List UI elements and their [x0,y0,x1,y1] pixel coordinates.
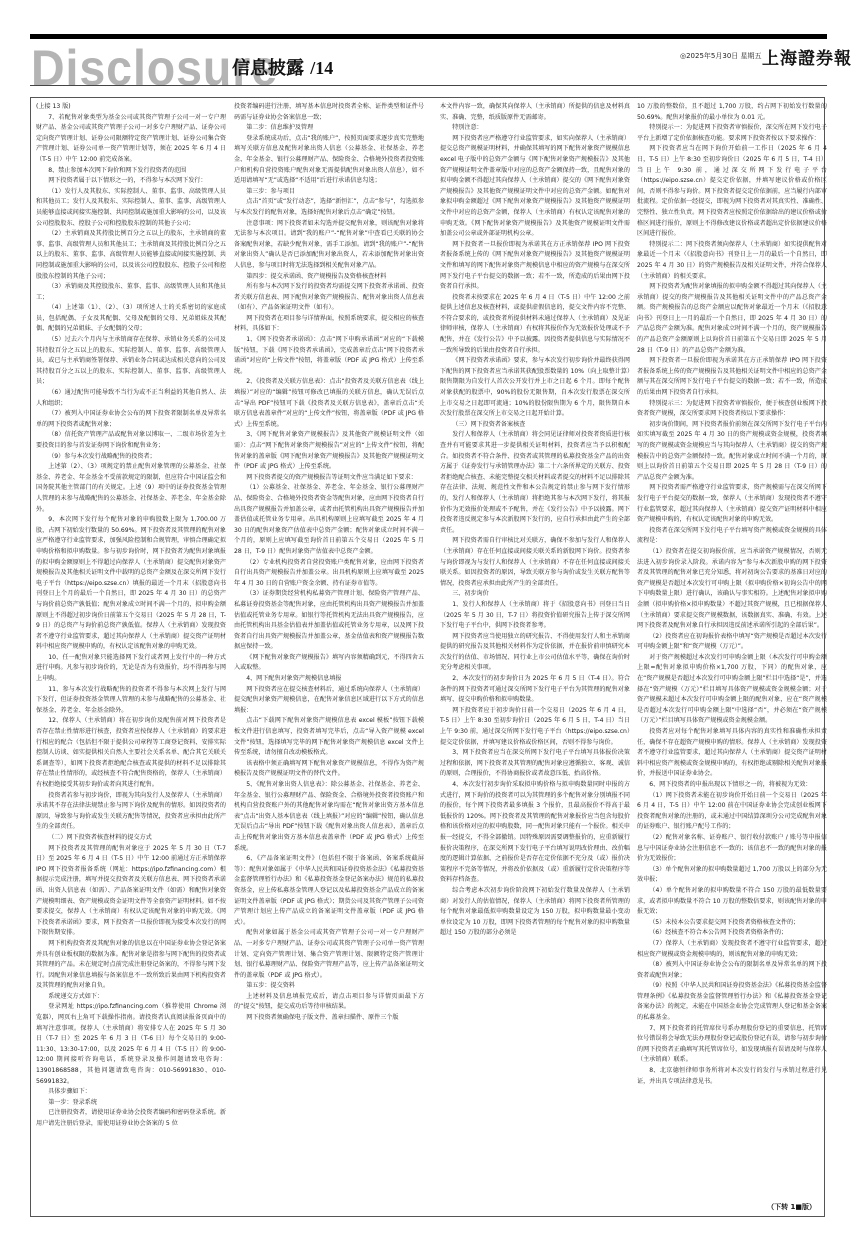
article-paragraph: 上述第（2）、（3）项规定的禁止配售对象管理的公募基金、社保基金、养老金、年金基… [36,462,226,515]
continued-on-note: （下转 1■版） [767,1202,816,1212]
column-3: 本文件内容一致，确保其向保荐人（主承销商）所提供的信息及材料真实、准确、完整，纸… [440,102,630,1210]
article-paragraph: 所有参与本次网下发行的投资者均需提交网下投资者承诺函、投资者关联方信息表、网下配… [234,282,424,314]
publication-date: ◎2025年5月30日 星期五 [680,51,762,61]
article-paragraph: 网下投资者属于以下情形之一的，不得参与本次网下发行： [36,176,226,187]
article-paragraph: 6、网下投资者的申报出现以下情形之一的，将被视为无效： [637,780,827,791]
article-paragraph: 具体步骤如下： [36,1087,226,1098]
article-paragraph: 2、《投资者及关联方信息表》：点击“投资者及关联方信息表（线上填报）”对应的“编… [234,377,424,430]
article-paragraph: 第五步：提交资料 [234,981,424,992]
article-paragraph: （3）证券期货经营机构私募资产管理计划、保险资产管理产品、私募证券投资基金等配售… [234,589,424,653]
article-paragraph: （4）单个配售对象的拟申购数量不符合 150 万股的最低数量要求，或者拟申购数量… [637,886,827,918]
article-paragraph: 登录系统成功后，点击“我的账户”，按照页面要求逐步真实完整地填写关联方信息及配售… [234,134,424,187]
article-paragraph: 投资者未按要求在 2025 年 6 月 4 日（T-5 日）中午 12:00 之… [440,293,630,357]
article-paragraph: 第二步：信息维护及管理 [234,123,424,134]
article-paragraph: 网下投资者应当使用独立的研究报告、不得使用发行人和主承销商提供的研究报告及其他相… [440,632,630,674]
article-paragraph: （5）未按本公告要求提交网下投资者资格核查文件的； [637,918,827,929]
article-paragraph: 7、网下投资者的托管席位号系办理股份登记的重要信息，托管席位号错误将会导致无法办… [637,1024,827,1066]
article-paragraph: 本文件内容一致，确保其向保荐人（主承销商）所提供的信息及材料真实、准确、完整，纸… [440,102,630,123]
article-paragraph: （8）信托资产管理产品或配售对象以博取一、二级市场价差为主要投资目的参与首发证券… [36,430,226,451]
article-paragraph: 特别提示一：为促进网下投资者审慎报价，深交所在网下发行电子平台上新增了定价依据核… [637,123,827,144]
article-paragraph: 投资者编码进行注册，填写基本信息时投资者全称、证件类型和证件号码需与证券业协会备… [234,102,424,123]
article-paragraph: 3、《网下配售对象资产规模报告》及其他资产规模证明文件（如需）：点击“网下配售对… [234,430,424,472]
section-title: 信息披露 /14 [232,54,333,80]
article-paragraph: 发行人和保荐人（主承销商）将会同见证律师对投资者资质进行核查并有可能要求其进一步… [440,430,630,536]
article-paragraph: 登录网址 https://ipo.fzfinancing.com（推荐使用 Ch… [36,1002,226,1087]
article-paragraph: （2）主承销商及其持股比例百分之五以上的股东，主承销商的董事、监事、高级管理人员… [36,229,226,282]
article-paragraph: 特别注意： [440,123,630,134]
article-paragraph: （3）承销商及其控股股东、董事、监事、高级管理人员和其他员工； [36,282,226,303]
article-paragraph: 第一步：登录系统 [36,1098,226,1109]
section-name: 信息披露 [232,58,304,79]
article-paragraph: 网下投资者及其管理的配售对象应于 2025 年 5 月 30 日（T-7 日）至… [36,844,226,939]
article-paragraph: （1）网下投资者未能在初步询价开始日前一个交易日（2025 年 6 月 4 日，… [637,791,827,833]
article-paragraph: 9、本次网下发行每个配售对象的申购股数上限为 1,700.00 万股，占网下初始… [36,515,226,653]
article-paragraph: 点击“下载网下配售对象资产规模信息表 excel 模板”按钮下载模板文件进行信息… [234,716,424,758]
header-top-rule [30,34,827,39]
article-paragraph: （9）参与本次发行战略配售的投资者； [36,452,226,463]
article-paragraph: 投资者在深交所网下发行电子平台填写资产规模或资金规模的具体流程是： [637,526,827,547]
page-number: /14 [310,58,333,78]
article-paragraph: 网下机构投资者及其配售对象的信息以在中国证券业协会登记备案并具有创业板权限的数据… [36,939,226,992]
article-paragraph: 10 万股的整数倍，且不超过 1,700 万股，约占网下初始发行数量的 50.6… [637,102,827,123]
article-paragraph: （2）投资者应在初询报价表格中填写“资产规模是否超过本次发行可申购金额上限”和“… [637,632,827,653]
article-paragraph: 网下投资者一旦报价即视为承诺其在方正承销保荐 IPO 网下投资者报备系统上传的资… [637,356,827,398]
article-paragraph: 网下投资者应严格遵守行业监管要求，如实向保荐人（主承销商）提交总资产规模证明材料… [440,134,630,240]
article-paragraph: 注意事项：网下投资者如未勾选并提交配售对象，则该配售对象将无法参与本次项目。请到… [234,219,424,272]
article-body: (上接 13 版)7、若配售对象类型为基金公司或其资产管理子公司一对一专户理财产… [30,97,825,1217]
article-paragraph: 2、本次发行的初步询价日为 2025 年 6 月 5 日（T-4 日）。符合条件… [440,674,630,706]
article-paragraph: 三、初步询价 [440,589,630,600]
article-paragraph: （2）专业机构投资者自营投资账户类配售对象，应由网下投资者自行出具资产规模报告并… [234,558,424,590]
column-4: 10 万股的整数倍，且不超过 1,700 万股，约占网下初始发行数量的 50.6… [637,102,827,1210]
article-paragraph: （2）配售对象名称、证券账户、银行收付款账户 / 账号等申报信息与中国证券业协会… [637,833,827,865]
article-paragraph: 特别提示三：为促进网下投资者审慎报价，便于核查创业板网下投资者资产规模，深交所要… [637,399,827,420]
article-paragraph: 网下投资者一旦报价即视为承诺其在方正承销保荐 IPO 网下投资者报备系统上传的《… [440,240,630,293]
article-paragraph: 8、禁止参加本次网下询价和网下发行投资者的范围 [36,166,226,177]
article-paragraph: 投资者若参与初步询价，即视为其向发行人及保荐人（主承销商）承诺其不存在法律法规禁… [36,791,226,833]
article-paragraph: （3）单个配售对象的拟申购数量超过 1,700 万股以上的部分为无效申报； [637,865,827,886]
article-paragraph: 1、《网下投资者承诺函》：点击“网下申购承诺函”对应的“下载模版”按钮，下载《网… [234,335,424,377]
article-paragraph: 网下投资者应于初步询价日前一个交易日（2025 年 6 月 4 日，T-5 日）… [440,706,630,748]
column-1: (上接 13 版)7、若配售对象类型为基金公司或其资产管理子公司一对一专户理财产… [36,102,226,1210]
article-paragraph: 4、本次发行初步询价采取拟申购价格与拟申购数量同时申报的方式进行，网下询价的投资… [440,780,630,886]
article-paragraph: 上述材料及信息填报完成后，请点击项目参与详情页面最下方的“提交”按钮，提交成功后… [234,992,424,1013]
article-paragraph: (上接 13 版) [36,102,226,113]
article-paragraph: （1）发行人及其股东、实际控制人、董事、监事、高级管理人员和其他员工；发行人及其… [36,187,226,229]
article-paragraph: 网下投资者为配售对象填报的拟申购金额不得超过其向保荐人（主承销商）提交的资产规模… [637,282,827,356]
article-paragraph: 网下投资者应当在网下询价开始前一工作日（2025 年 6 月 4 日，T-5 日… [637,144,827,239]
article-paragraph: 网下投资者应在提交核查材料后，通过系统向保荐人（主承销商）提交配售对象资产规模信… [234,685,424,717]
article-paragraph: 4、网下配售对象资产规模信息填报 [234,674,424,685]
article-paragraph: 网下投资者在项目参与详情界面，按照系统要求，提交相应的核查材料，具体如下： [234,314,424,335]
article-paragraph: 投资者应对每个配售对象填写具体内容的真实性和准确性承担责任，确保不存在超资产规模… [637,727,827,780]
article-paragraph: 1、发行人和保荐人（主承销商）将于《招股意向书》刊登日当日（2025 年 5 月… [440,600,630,632]
article-paragraph: 11、参与本次发行战略配售的投资者不得参与本次网上发行与网下发行，但证券投资基金… [36,685,226,717]
article-paragraph: （5）过去六个月内与主承销商存在保荐、承销业务关系的公司及其持股百分之五以上的股… [36,335,226,388]
article-paragraph: 7、若配售对象类型为基金公司或其资产管理子公司一对一专户理财产品、基金公司或其资… [36,113,226,166]
article-paragraph: （7）保荐人（主承销商）发现投资者不遵守行业监管要求，超过相应资产规模或资金规模… [637,939,827,960]
article-paragraph: 已注册投资者，请使用证券业协会投资者编码和密码登录系统。新用户请先注册后登录，需… [36,1108,226,1129]
article-paragraph: 《网下配售对象资产规模报告》填写内容须精确到元，不得四舍五入或取整。 [234,653,424,674]
article-paragraph: （6）经核查不符合本公告网下投资者资格条件的； [637,928,827,939]
article-paragraph: 特别提示二：网下投资者须向保荐人（主承销商）如实提供配售对象最近一个月末（《招股… [637,240,827,282]
article-paragraph: （二）网下投资者核查材料的提交方式 [36,833,226,844]
article-paragraph: 初步询价期间，网下投资者报价前须在深交所网下发行电子平台内如实填写截至 2025… [637,420,827,484]
article-paragraph: 点击“首页”或“发行动态”，选择“新恒汇”，点击“参与”，勾选拟参与本次发行的配… [234,197,424,218]
article-paragraph: 5、《配售对象出资人信息表》：除公募基金、社保基金、养老金、年金基金、银行公募理… [234,780,424,854]
article-paragraph: 8、北京德恒律师事务所将对本次发行的发行与承销过程进行见证，并出具专项法律意见书… [637,1066,827,1087]
article-paragraph: 对于资产规模超过本次发行可申购金额上限（本次发行可申购金额上限=配售对象拟申购价… [637,653,827,727]
article-paragraph: 综合考虑本次初步询价阶段网下初始发行数量及保荐人（主承销商）对发行人的估值情况，… [440,886,630,939]
article-paragraph: （三）网下投资者备案核查 [440,420,630,431]
article-paragraph: （7）被列入中国证券业协会公布的网下投资者限制名单及异常名单的网下投资者或配售对… [36,409,226,430]
article-paragraph: 6、《产品备案证明文件》（包括但不限于备案函、备案系统截屏等）：配售对象如属于《… [234,854,424,928]
column-2: 投资者编码进行注册，填写基本信息时投资者全称、证件类型和证件号码需与证券业协会备… [234,102,424,1210]
article-paragraph: 12、保荐人（主承销商）将在初步询价及配售前对网下投资者是否存在禁止性情形进行核… [36,716,226,790]
article-paragraph: 第四步：提交承诺函、资产规模报告及资格核查材料 [234,272,424,283]
article-paragraph: 网下投资者需严格遵守行业监管要求，资产规模需与在深交所网下发行电子平台提交的数据… [637,483,827,525]
article-paragraph: 系统递交方式如下： [36,992,226,1003]
article-paragraph: 网下投资者需自行审核比对关联方，确保不参加与发行人和保荐人（主承销商）存在任何直… [440,536,630,589]
article-paragraph: 该表格中须正确填写网下配售对象资产规模信息，不得作为资产规模报告及资产规模证明文… [234,759,424,780]
newspaper-masthead: 上海證券報 [762,44,852,69]
article-paragraph: 网下投资者提交的资产规模报告等证明文件应当满足如下要求： [234,473,424,484]
article-paragraph: （6）通过配售可能导致不当行为或不正当利益的其他自然人、法人和组织； [36,388,226,409]
article-paragraph: （4）上述第（1）、（2）、（3）项所述人士的关系密切的家庭成员，包括配偶、子女… [36,303,226,335]
article-paragraph: 第三步：参与项目 [234,187,424,198]
article-paragraph: （1）公募基金、社保基金、养老金、年金基金、银行公募理财产品、保险资金、合格境外… [234,483,424,557]
article-paragraph: 《网下投资者承诺函》要求，参与本次发行初步询价并最终获得网下配售的网下投资者应当… [440,356,630,420]
article-paragraph: （1）投资者在提交初询报价前，应当承诺资产规模情况，否则无法进入初步询价录入阶段… [637,547,827,632]
article-paragraph: 网下投资者须确保电子版文件、盖章扫描件、原件三个版 [234,1013,424,1024]
article-paragraph: 配售对象如属于基金公司或其资产管理子公司一对一专户理财产品、一对多专户理财产品、… [234,928,424,981]
header-bottom-rule [30,85,827,86]
article-paragraph: （9）按照《中华人民共和国证券投资基金法》《私募投资基金监督管理条例》《私募投资… [637,981,827,1023]
article-paragraph: （8）被列入中国证券业协会公布的限制名单及异常名单的网下投资者或配售对象； [637,960,827,981]
article-paragraph: 3、网下投资者应当在深交所网下发行电子平台填写具体报价决策过程和依据，网下投资者… [440,748,630,780]
article-paragraph: 10、任一配售对象只能选择网下发行或者网上发行中的一种方式进行申购。凡参与初步询… [36,653,226,685]
